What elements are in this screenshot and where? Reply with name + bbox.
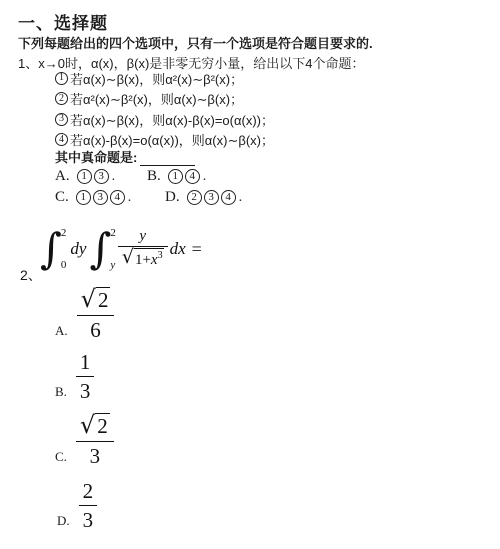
q1-option-a: A. 1 3 .: [55, 168, 115, 185]
outer-upper-limit: 2: [61, 227, 67, 239]
question1-number: 1、: [18, 56, 38, 71]
radicand-variable: x: [151, 252, 158, 268]
fraction-denominator: 3: [76, 376, 95, 403]
dy-term: dy: [70, 239, 86, 259]
option-label: B.: [147, 168, 161, 185]
fraction-numerator: y: [139, 228, 146, 246]
fraction-numerator: √ 2: [77, 287, 115, 315]
radicand-exponent: 3: [158, 250, 163, 261]
circled-number-icon: 1: [55, 72, 68, 85]
q2-option-a: A. √ 2 6: [55, 287, 114, 342]
equals-sign: =: [192, 239, 202, 260]
proposition-list: 1 若α(x)∼β(x)，则α²(x)∼β²(x)； 2 若α²(x)∼β²(x…: [55, 68, 274, 150]
integral-sign: ∫: [89, 229, 111, 269]
circled-number-icon: 4: [185, 169, 200, 184]
fraction-denominator: 6: [77, 315, 115, 342]
proposition-1-text: 若α(x)∼β(x)，则α²(x)∼β²(x)；: [70, 69, 243, 88]
fraction-denominator: √ 1+x3: [118, 246, 168, 271]
option-label: A.: [55, 323, 68, 342]
circled-number-icon: 4: [110, 190, 125, 205]
option-period: .: [112, 169, 116, 185]
dx-term: dx: [170, 239, 186, 259]
fraction-denominator: 3: [79, 505, 98, 532]
option-period: .: [203, 169, 207, 185]
fraction-denominator: 3: [76, 441, 114, 468]
q1-option-c: C. 1 3 4 .: [55, 189, 131, 206]
option-period: .: [128, 190, 132, 206]
circled-number-icon: 3: [93, 190, 108, 205]
truth-prompt-text: 其中真命题是:: [55, 147, 137, 166]
outer-integral-limits: 2 0: [61, 226, 67, 272]
truth-prompt: 其中真命题是:: [55, 147, 195, 166]
fraction-numerator: 1: [76, 350, 95, 376]
section-title: 一、选择题: [18, 9, 108, 34]
q2-option-b: B. 1 3: [55, 350, 94, 403]
circled-number-icon: 3: [55, 113, 68, 126]
q2-option-d: D. 2 3: [57, 479, 97, 532]
question2-number: 2、: [20, 265, 42, 285]
circled-number-icon: 1: [168, 169, 183, 184]
option-label: D.: [57, 513, 70, 532]
radical-sign: √: [80, 413, 95, 437]
circled-number-icon: 3: [204, 190, 219, 205]
option-label: C.: [55, 189, 69, 206]
circled-number-icon: 3: [94, 169, 109, 184]
circled-number-icon: 2: [55, 92, 68, 105]
option-b-fraction: 1 3: [76, 350, 95, 403]
proposition-1: 1 若α(x)∼β(x)，则α²(x)∼β²(x)；: [55, 68, 274, 89]
radicand-constant: 1+: [135, 252, 151, 268]
proposition-2: 2 若α²(x)∼β²(x)，则α(x)∼β(x)；: [55, 89, 274, 110]
circled-number-icon: 2: [187, 190, 202, 205]
option-period: .: [239, 190, 243, 206]
circled-number-icon: 4: [55, 133, 68, 146]
q1-option-d: D. 2 3 4 .: [165, 189, 242, 206]
proposition-2-text: 若α²(x)∼β²(x)，则α(x)∼β(x)；: [70, 89, 243, 108]
q2-option-c: C. √ 2 3: [55, 413, 114, 468]
option-label: B.: [55, 384, 67, 403]
proposition-3-text: 若α(x)∼β(x)，则α(x)-β(x)=o(α(x))；: [70, 110, 274, 129]
exam-page: 一、选择题 下列每题给出的四个选项中，只有一个选项是符合题目要求的. 1、x→0…: [0, 0, 500, 549]
fraction-numerator: √ 2: [76, 413, 114, 441]
radical-sign: √: [122, 248, 134, 267]
option-label: A.: [55, 168, 70, 185]
option-c-fraction: √ 2 3: [76, 413, 114, 468]
q1-option-b: B. 1 4 .: [147, 168, 206, 185]
option-a-fraction: √ 2 6: [77, 287, 115, 342]
circled-number-icon: 4: [221, 190, 236, 205]
instructions-text: 下列每题给出的四个选项中，只有一个选项是符合题目要求的.: [18, 33, 373, 52]
option-d-fraction: 2 3: [79, 479, 98, 532]
circled-number-icon: 1: [76, 190, 91, 205]
inner-upper-limit: 2: [110, 227, 116, 239]
q2-integral-expression: ∫ 2 0 dy ∫ 2 y y √ 1+x3 dx =: [40, 221, 202, 277]
integrand-fraction: y √ 1+x3: [118, 228, 168, 271]
integral-sign: ∫: [40, 229, 62, 269]
inner-integral-limits: 2 y: [110, 226, 116, 272]
radical-sign: √: [81, 287, 96, 311]
fraction-numerator: 2: [79, 479, 98, 505]
radicand: 2: [96, 287, 111, 313]
proposition-3: 3 若α(x)∼β(x)，则α(x)-β(x)=o(α(x))；: [55, 109, 274, 130]
radicand: 2: [95, 413, 110, 439]
inner-lower-limit: y: [110, 259, 116, 271]
option-label: D.: [165, 189, 180, 206]
option-label: C.: [55, 449, 67, 468]
radicand: 1+x3: [134, 248, 164, 271]
outer-lower-limit: 0: [61, 259, 67, 271]
circled-number-icon: 1: [77, 169, 92, 184]
answer-blank: [140, 152, 195, 166]
